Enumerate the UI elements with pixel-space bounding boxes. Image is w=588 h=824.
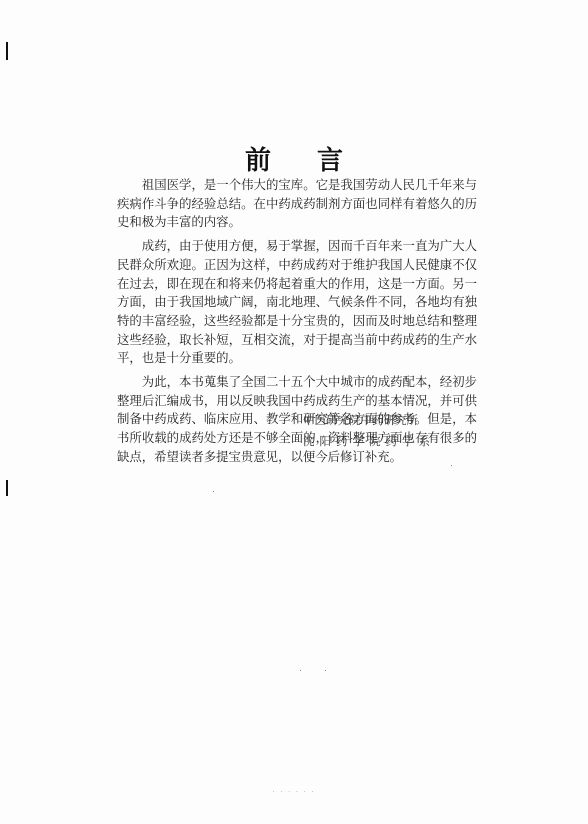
page-folio: · · · · · · xyxy=(0,789,588,796)
scan-speck xyxy=(213,491,214,492)
page-title: 前言 xyxy=(0,140,588,177)
scan-speck xyxy=(300,670,301,671)
scan-speck xyxy=(451,465,452,466)
scanned-page: 前言 祖国医学，是一个伟大的宝库。它是我国劳动人民几千年来与疾病作斗争的经验总结… xyxy=(0,0,588,824)
signature-line-2: 沈阳药学院药学系 xyxy=(303,431,435,452)
paragraph-1: 祖国医学，是一个伟大的宝库。它是我国劳动人民几千年来与疾病作斗争的经验总结。在中… xyxy=(117,176,477,232)
signature-line-1: 中医研究院中药研究所 xyxy=(303,410,435,431)
scan-speck xyxy=(325,670,326,671)
signature-block: 中医研究院中药研究所 沈阳药学院药学系 xyxy=(303,410,435,452)
scan-mark-left xyxy=(6,480,8,496)
paragraph-2: 成药，由于使用方便，易于掌握，因而千百年来一直为广大人民群众所欢迎。正因为这样，… xyxy=(117,237,477,368)
scan-mark-top-left xyxy=(6,42,8,60)
